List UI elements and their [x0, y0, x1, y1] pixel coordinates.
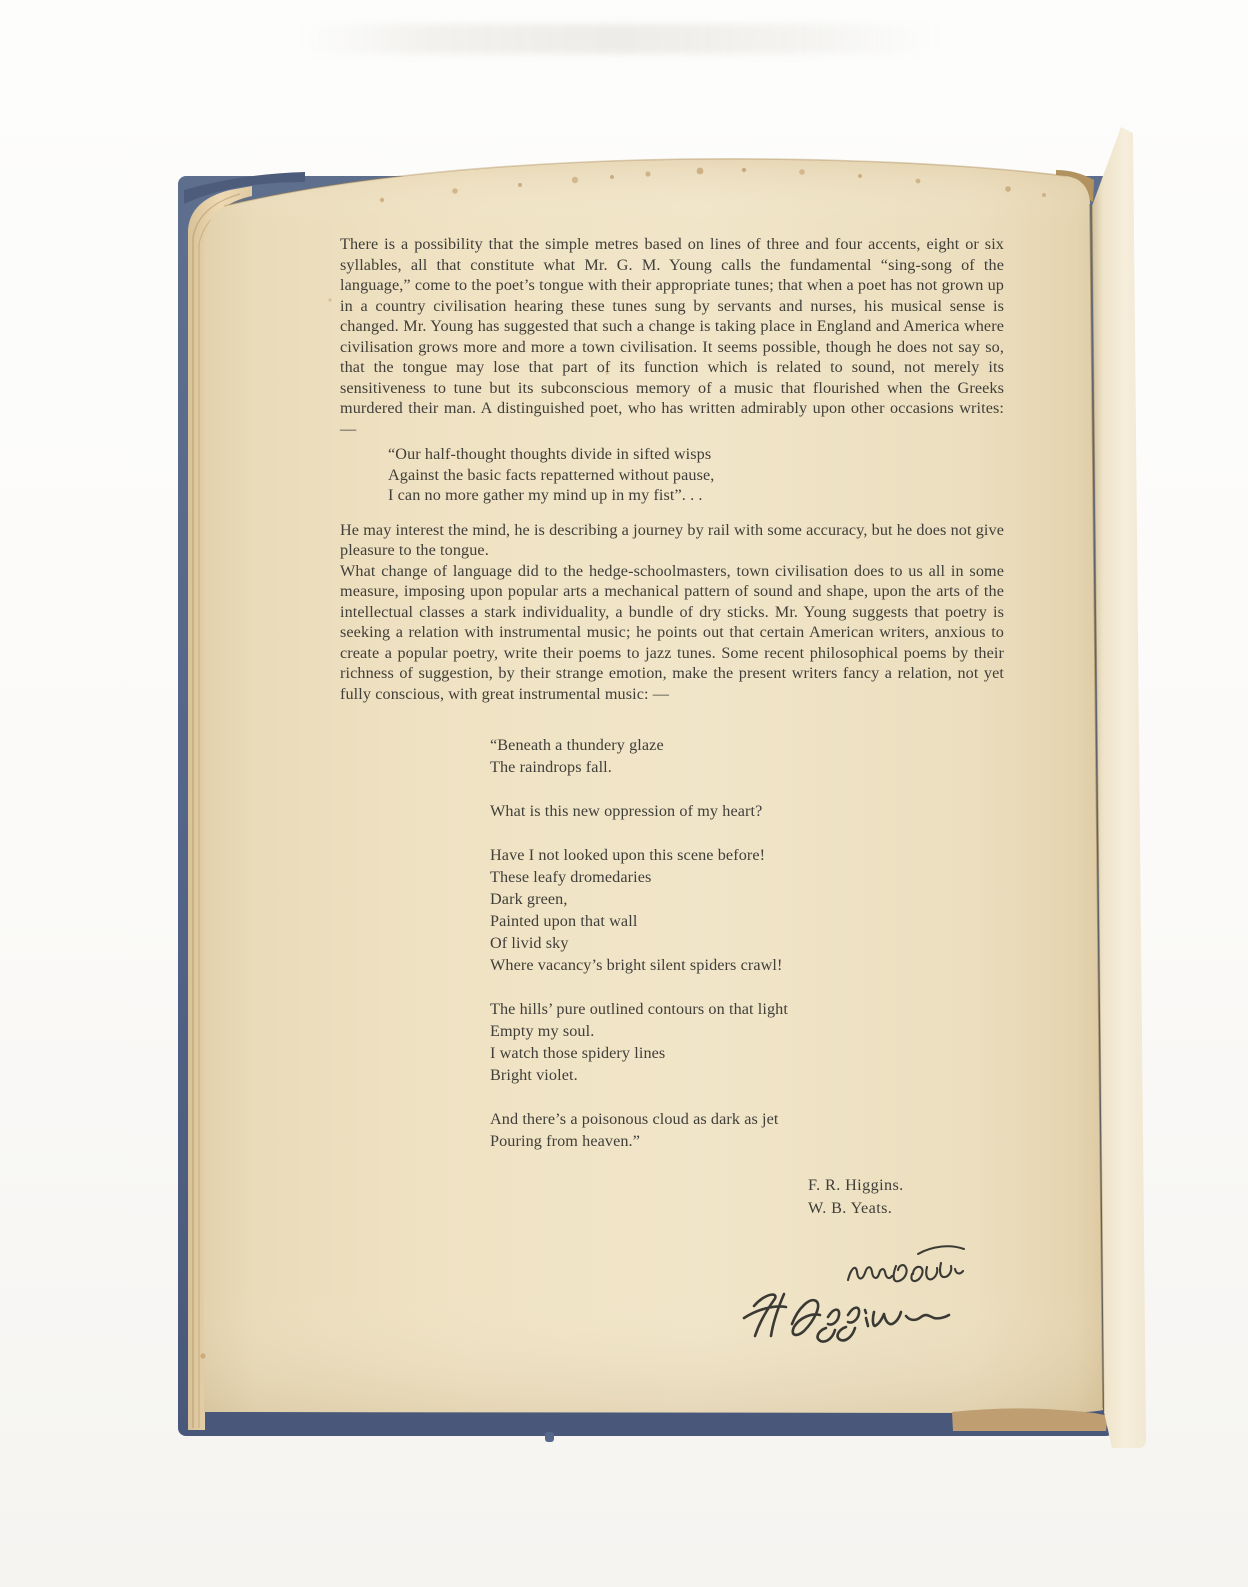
page-text: There is a possibility that the simple m… [340, 234, 1004, 1219]
fr-higgins-signature [738, 1286, 956, 1350]
poem-stanza-5: And there’s a poisonous cloud as dark as… [490, 1108, 1004, 1152]
poem-stanza-3: Have I not looked upon this scene before… [490, 844, 1004, 976]
paragraph-metres: There is a possibility that the simple m… [340, 234, 1004, 439]
cover-bottom-nub [545, 1432, 554, 1442]
poem-stanza-2: What is this new oppression of my heart? [490, 800, 1004, 822]
quoted-verse: “Our half-thought thoughts divide in sif… [388, 444, 1004, 506]
printed-attribution: F. R. Higgins. W. B. Yeats. [808, 1174, 1004, 1219]
poem-block: “Beneath a thundery glaze The raindrops … [490, 734, 1004, 1152]
photo-backdrop: There is a possibility that the simple m… [0, 0, 1248, 1587]
paragraph-rail: He may interest the mind, he is describi… [340, 520, 1004, 561]
paragraph-town-civilisation: What change of language did to the hedge… [340, 561, 1004, 705]
poem-stanza-1: “Beneath a thundery glaze The raindrops … [490, 734, 1004, 778]
poem-stanza-4: The hills’ pure outlined contours on tha… [490, 998, 1004, 1086]
